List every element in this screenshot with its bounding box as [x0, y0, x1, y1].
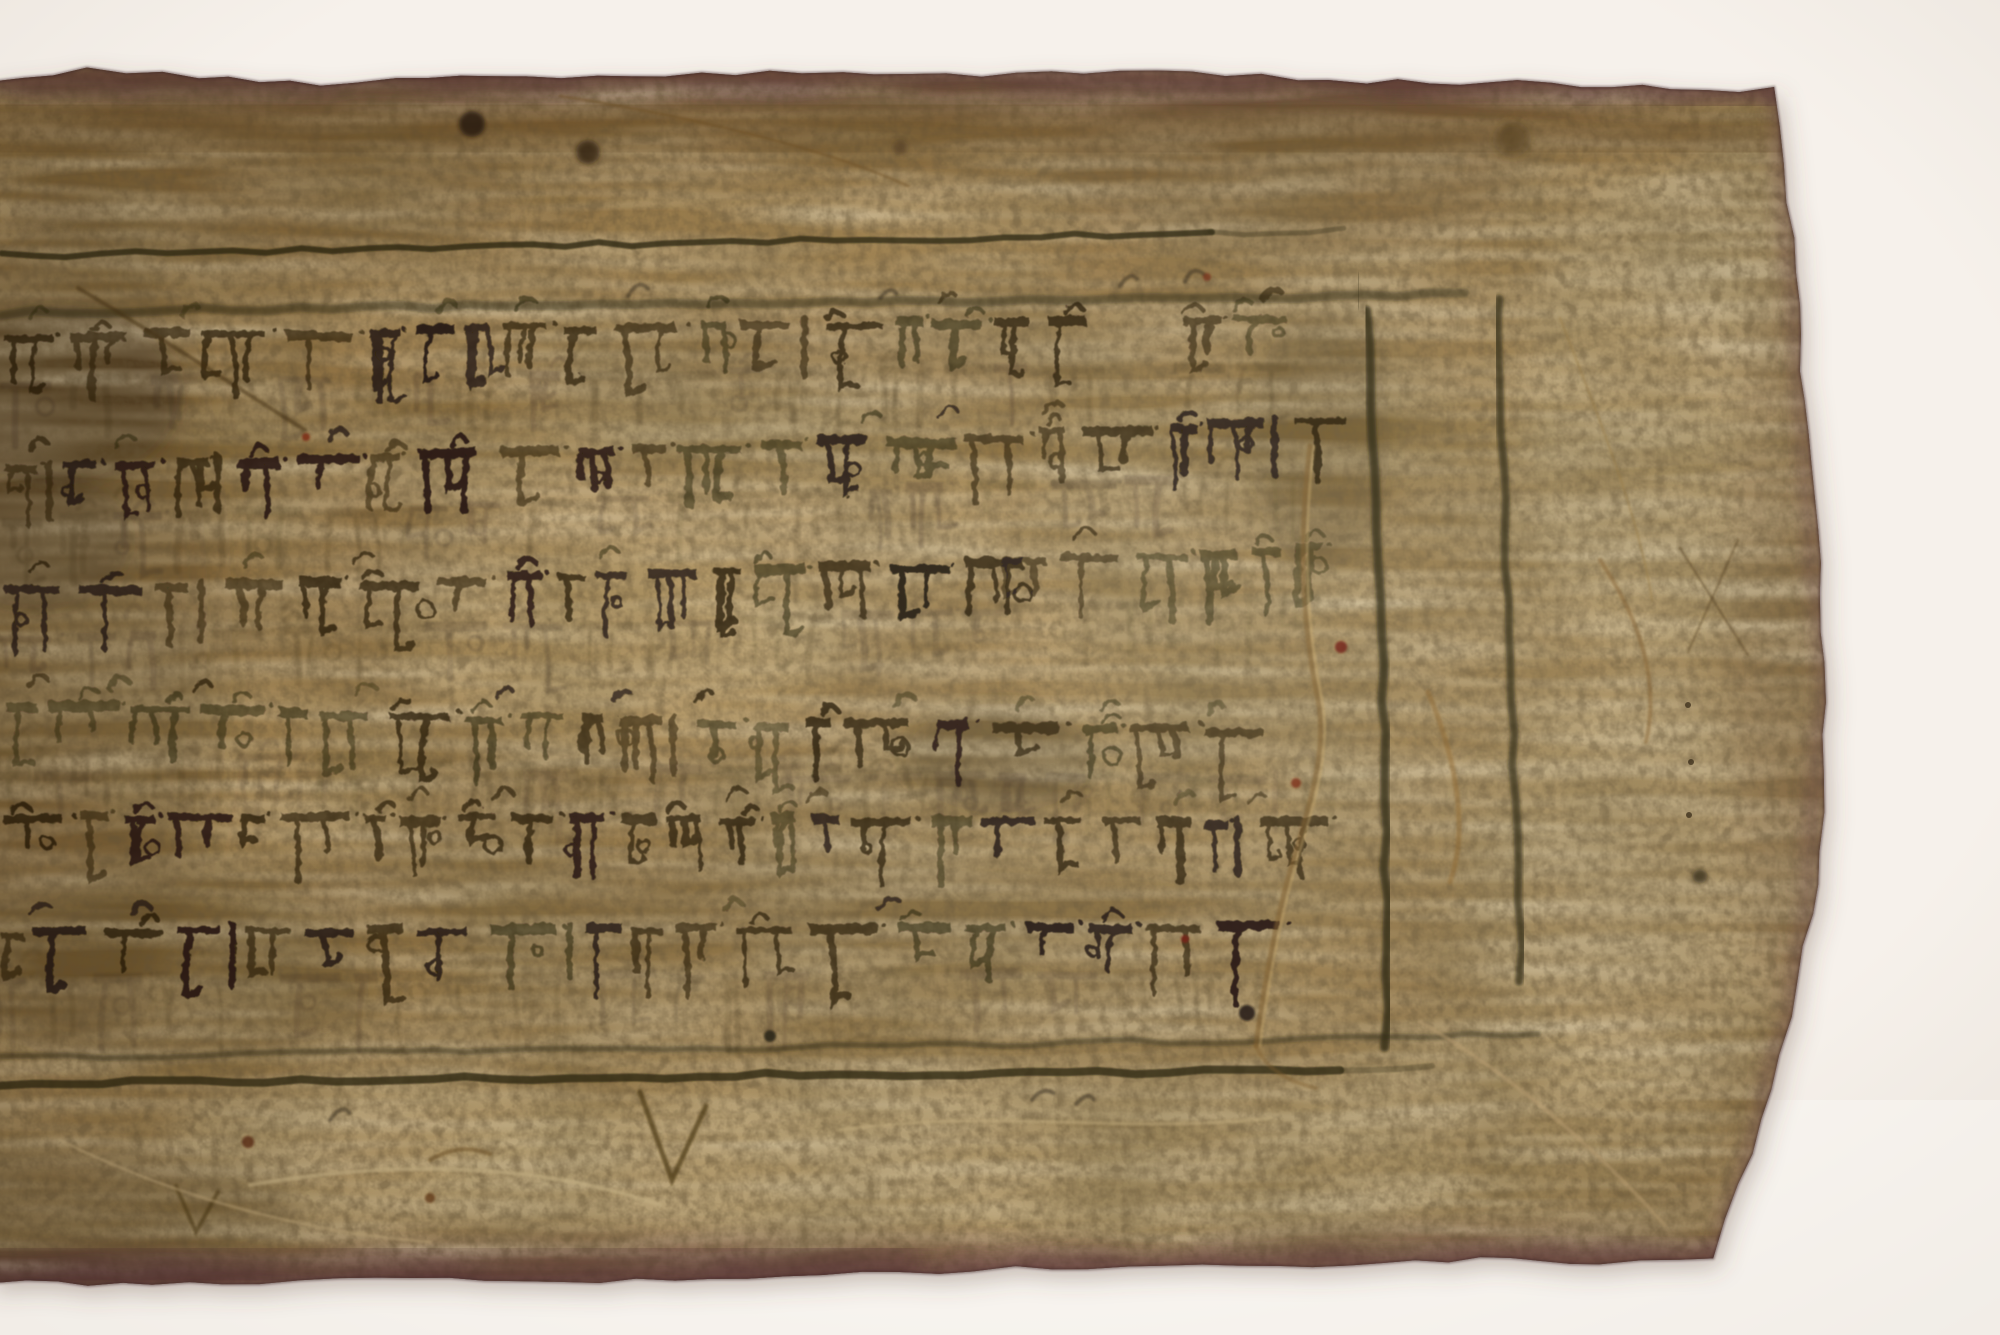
paper-surface: [0, 0, 2000, 1335]
manuscript-photo: [0, 0, 2000, 1335]
manuscript-scene: [0, 0, 2000, 1335]
photo-vignette: [0, 0, 2000, 1335]
